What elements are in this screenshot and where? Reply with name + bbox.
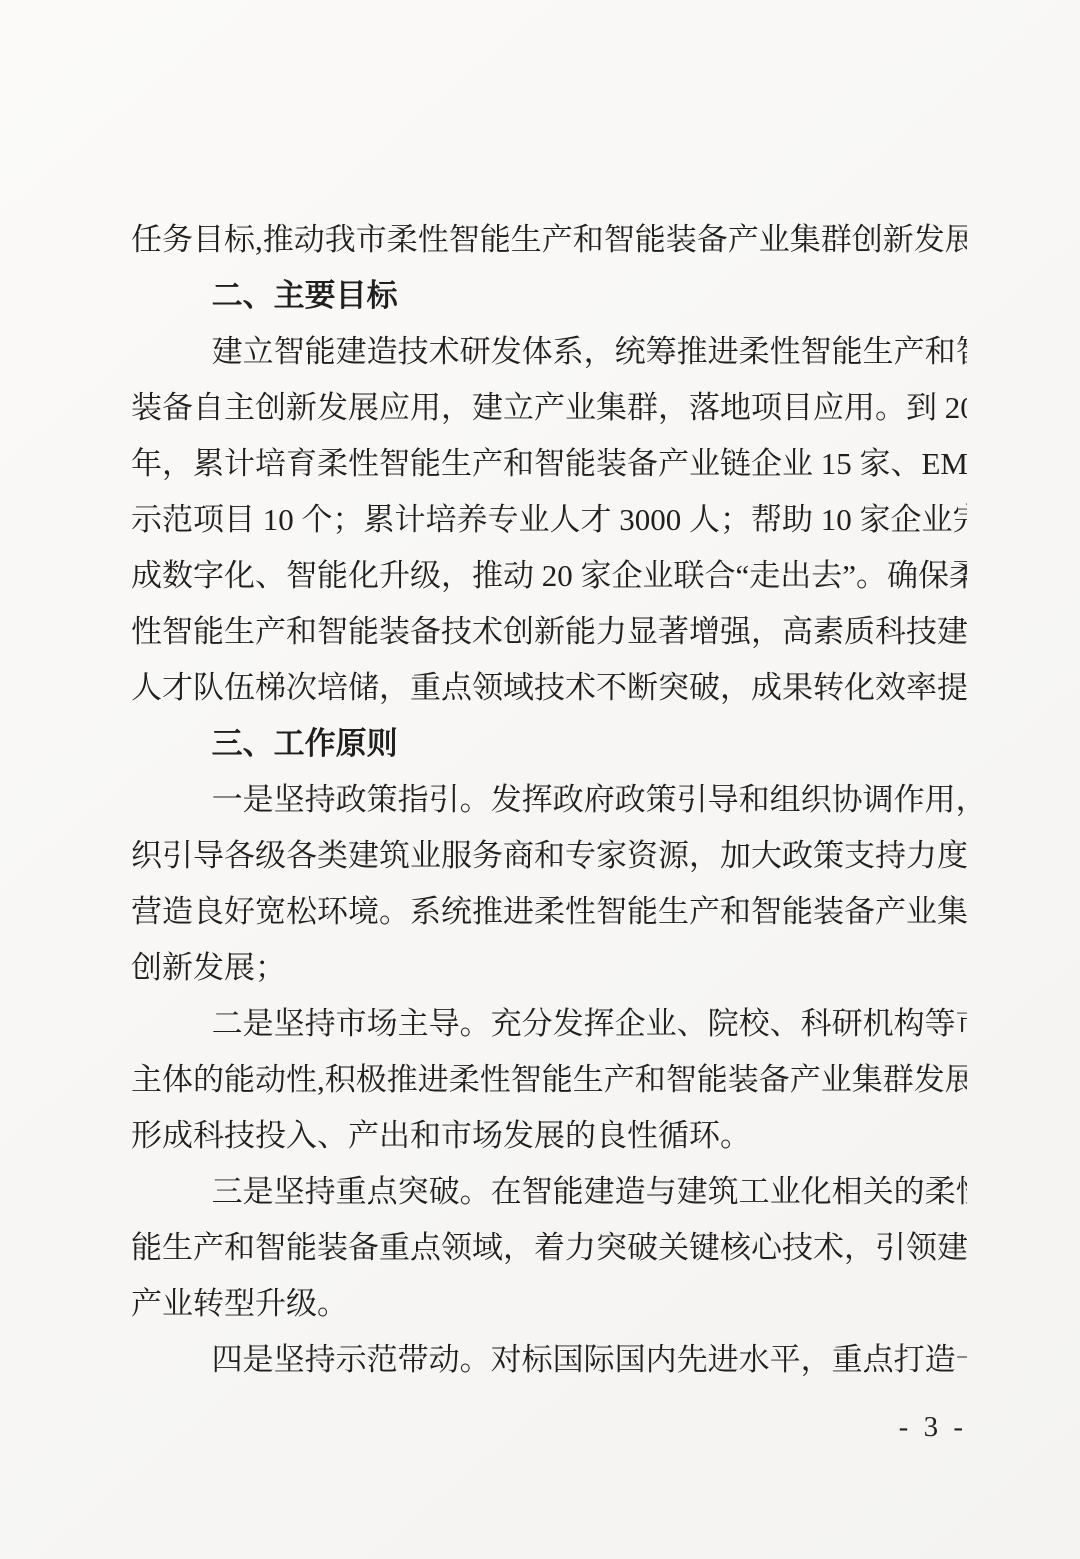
- text-line: 人才队伍梯次培储，重点领域技术不断突破，成果转化效率提升。: [131, 660, 967, 716]
- text-line: 织引导各级各类建筑业服务商和专家资源，加大政策支持力度，: [131, 828, 967, 884]
- page-number: - 3 -: [131, 1407, 967, 1447]
- document-page: 任务目标,推动我市柔性智能生产和智能装备产业集群创新发展。 二、主要目标 建立智…: [0, 0, 1080, 1559]
- document-body: 任务目标,推动我市柔性智能生产和智能装备产业集群创新发展。 二、主要目标 建立智…: [131, 212, 967, 1447]
- section-heading: 三、工作原则: [131, 716, 967, 772]
- text-line: 一是坚持政策指引。发挥政府政策引导和组织协调作用，组: [131, 772, 967, 828]
- section-heading: 二、主要目标: [131, 268, 967, 324]
- text-line: 年，累计培育柔性智能生产和智能装备产业链企业 15 家、EMPC: [131, 436, 967, 492]
- text-line: 二是坚持市场主导。充分发挥企业、院校、科研机构等市场: [131, 996, 967, 1052]
- text-line: 成数字化、智能化升级，推动 20 家企业联合“走出去”。确保柔: [131, 548, 967, 604]
- text-line: 示范项目 10 个；累计培养专业人才 3000 人；帮助 10 家企业完: [131, 492, 967, 548]
- text-line: 能生产和智能装备重点领域，着力突破关键核心技术，引领建筑: [131, 1220, 967, 1276]
- text-line: 四是坚持示范带动。对标国际国内先进水平，重点打造一批: [131, 1332, 967, 1388]
- text-line: 性智能生产和智能装备技术创新能力显著增强，高素质科技建设: [131, 604, 967, 660]
- text-line: 装备自主创新发展应用，建立产业集群，落地项目应用。到 2026: [131, 380, 967, 436]
- text-line: 主体的能动性,积极推进柔性智能生产和智能装备产业集群发展,: [131, 1052, 967, 1108]
- text-line: 建立智能建造技术研发体系，统筹推进柔性智能生产和智能: [131, 324, 967, 380]
- text-line: 三是坚持重点突破。在智能建造与建筑工业化相关的柔性智: [131, 1164, 967, 1220]
- text-line: 任务目标,推动我市柔性智能生产和智能装备产业集群创新发展。: [131, 212, 967, 268]
- text-line: 创新发展；: [131, 940, 967, 996]
- text-line: 产业转型升级。: [131, 1276, 967, 1332]
- text-line: 营造良好宽松环境。系统推进柔性智能生产和智能装备产业集群: [131, 884, 967, 940]
- text-line: 形成科技投入、产出和市场发展的良性循环。: [131, 1108, 967, 1164]
